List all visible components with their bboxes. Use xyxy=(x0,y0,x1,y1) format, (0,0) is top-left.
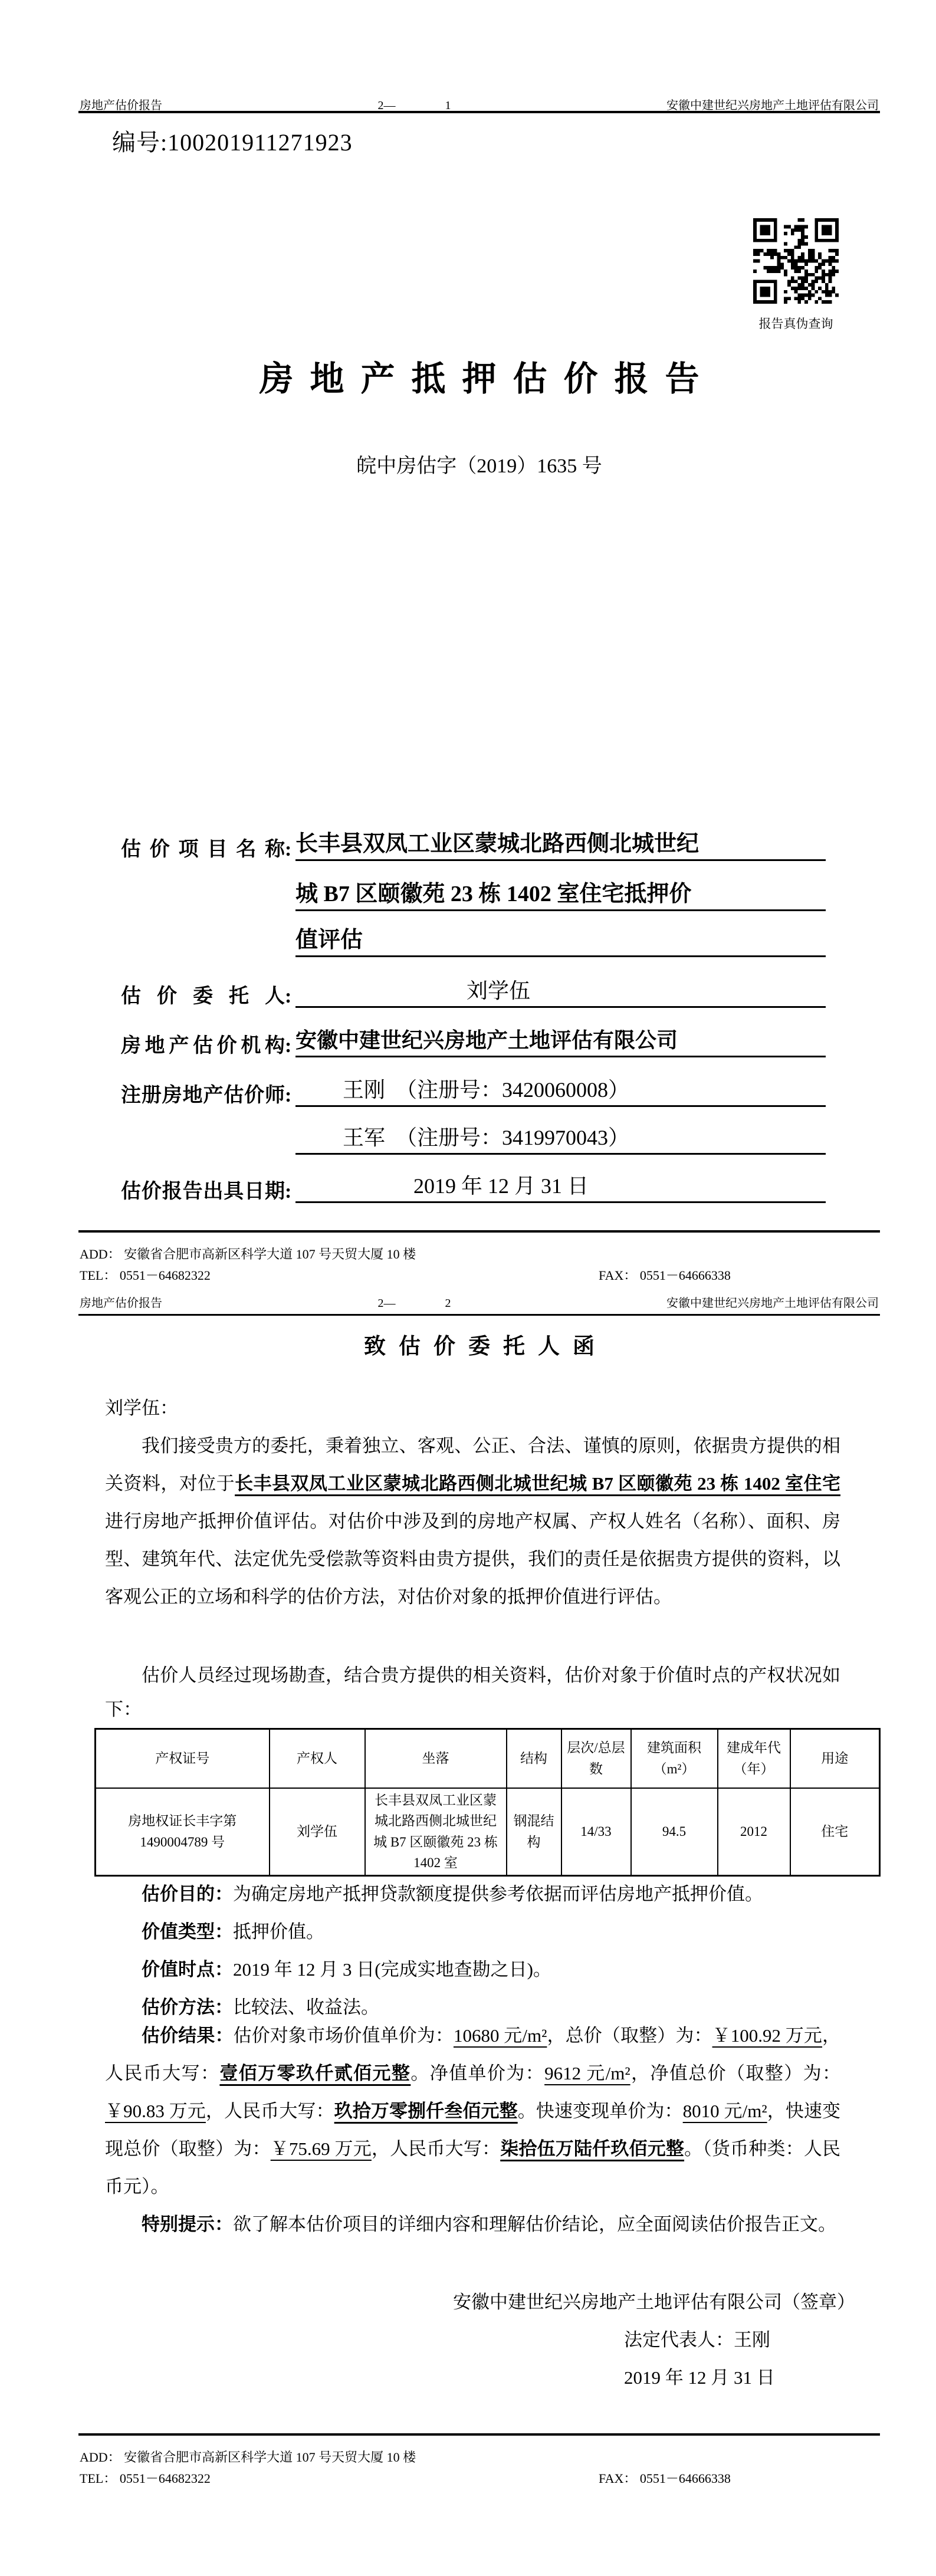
line-value-type: 价值类型：抵押价值。 xyxy=(105,1913,840,1951)
result-seg: ，人民币大写： xyxy=(206,2101,334,2121)
cell-year: 2012 xyxy=(718,1788,790,1876)
field-colon: : xyxy=(285,985,295,1008)
field-label: 估价委托人 xyxy=(121,985,285,1008)
field-agency: 房地产估价机构 : 安徽中建世纪兴房地产土地评估有限公司 xyxy=(121,1026,826,1057)
field-colon: : xyxy=(285,1181,295,1203)
cell-use: 住宅 xyxy=(790,1788,880,1876)
col-year: 建成年代（年） xyxy=(718,1729,790,1788)
signature-legal-rep: 法定代表人：王刚 xyxy=(624,2325,770,2351)
letter-paragraph-1: 我们接受贵方的委托，秉着独立、客观、公正、合法、谨慎的原则，依据贵方提供的相关资… xyxy=(105,1427,840,1616)
note-value: 欲了解本估价项目的详细内容和理解估价结论，应全面阅读估价报告正文。 xyxy=(233,2214,836,2235)
qr-code xyxy=(753,218,839,304)
field-value: 长丰县双凤工业区蒙城北路西侧北城世纪 xyxy=(295,825,826,861)
table-header-row: 产权证号 产权人 坐落 结构 层次/总层数 建筑面积（m²） 建成年代（年） 用… xyxy=(96,1729,880,1788)
result-quick-words: 柒拾伍万陆仟玖佰元整 xyxy=(500,2138,684,2159)
signature-date: 2019 年 12 月 31 日 xyxy=(624,2363,775,2389)
note-label: 特别提示： xyxy=(142,2214,233,2235)
report-number: 编号:100201911271923 xyxy=(112,124,353,157)
property-table: 产权证号 产权人 坐落 结构 层次/总层数 建筑面积（m²） 建成年代（年） 用… xyxy=(94,1728,881,1877)
result-total-words: 壹佰万零玖仟贰佰元整 xyxy=(219,2063,410,2084)
page1-footer-rule xyxy=(78,1230,880,1233)
cell-owner: 刘学伍 xyxy=(270,1788,365,1876)
table-row: 房地权证长丰字第 1490004789 号 刘学伍 长丰县双凤工业区蒙城北路西侧… xyxy=(96,1788,880,1876)
letter-salutation: 刘学伍： xyxy=(105,1393,178,1420)
footer-address: ADD： 安徽省合肥市高新区科学大道 107 号天贸大厦 10 楼 xyxy=(80,2447,416,2466)
cell-cert-no: 房地权证长丰字第 1490004789 号 xyxy=(96,1788,270,1876)
page2-footer-rule xyxy=(78,2433,880,2436)
field-value: 王刚 （注册号：3420060008） xyxy=(295,1073,826,1107)
result-seg: ，净值总价（取整）为： xyxy=(630,2063,840,2084)
result-net-words: 玖拾万零捌仟叁佰元整 xyxy=(334,2101,518,2121)
header-volume: 2— xyxy=(378,1297,396,1310)
col-owner: 产权人 xyxy=(270,1729,365,1788)
method-value: 比较法、收益法。 xyxy=(233,1997,379,2018)
page-subtitle: 皖中房估字（2019）1635 号 xyxy=(80,449,879,478)
result-quick-unit-price: 8010 元/m² xyxy=(683,2101,767,2121)
field-value: 王军 （注册号：3419970043） xyxy=(295,1121,826,1155)
col-location: 坐落 xyxy=(365,1729,507,1788)
result-seg: 。快速变现单价为： xyxy=(518,2101,683,2121)
field-project-name-line2: 城 B7 区颐徽苑 23 栋 1402 室住宅抵押价 xyxy=(121,879,826,911)
method-label: 估价方法： xyxy=(142,1997,233,2018)
col-floor: 层次/总层数 xyxy=(561,1729,631,1788)
result-net-total: ￥90.83 万元 xyxy=(105,2101,206,2121)
field-colon: : xyxy=(285,1085,295,1107)
value-type-value: 抵押价值。 xyxy=(233,1921,324,1942)
value-date-value: 2019 年 12 月 3 日(完成实地查勘之日)。 xyxy=(233,1959,551,1980)
header-page: 2 xyxy=(445,1297,451,1310)
field-value: 城 B7 区颐徽苑 23 栋 1402 室住宅抵押价 xyxy=(295,875,826,911)
purpose-label: 估价目的： xyxy=(142,1884,233,1904)
field-colon: : xyxy=(285,1035,295,1057)
letter-paragraph-2: 估价人员经过现场勘查，结合贵方提供的相关资料，估价对象于价值时点的产权状况如下： xyxy=(105,1658,840,1727)
field-label: 注册房地产估价师 xyxy=(121,1084,285,1107)
purpose-value: 为确定房地产抵押贷款额度提供参考依据而评估房地产抵押价值。 xyxy=(233,1884,763,1904)
para1-subject: 长丰县双凤工业区蒙城北路西侧北城世纪城 B7 区颐徽苑 23 栋 1402 室住… xyxy=(235,1473,840,1494)
field-issue-date: 估价报告出具日期 : 2019 年 12 月 31 日 xyxy=(121,1171,826,1203)
footer-address: ADD： 安徽省合肥市高新区科学大道 107 号天贸大厦 10 楼 xyxy=(80,1244,416,1263)
page1-running-header: 房地产估价报告 2— 1 安徽中建世纪兴房地产土地评估有限公司 xyxy=(80,96,879,113)
cell-structure: 钢混结构 xyxy=(507,1788,561,1876)
field-project-name-line3: 值评估 xyxy=(121,925,826,957)
result-net-unit-price: 9612 元/m² xyxy=(544,2063,630,2084)
line-purpose: 估价目的：为确定房地产抵押贷款额度提供参考依据而评估房地产抵押价值。 xyxy=(105,1875,840,1913)
paragraph-result: 估价结果：估价对象市场价值单价为：10680 元/m²，总价（取整）为：￥100… xyxy=(105,2017,840,2206)
qr-code-image xyxy=(753,218,839,304)
footer-fax: FAX： 0551－64666338 xyxy=(599,2469,731,2487)
cell-area: 94.5 xyxy=(631,1788,718,1876)
result-seg: 估价对象市场价值单价为： xyxy=(234,2025,454,2046)
line-value-date: 价值时点：2019 年 12 月 3 日(完成实地查勘之日)。 xyxy=(105,1951,840,1989)
field-appraiser-1: 注册房地产估价师 : 王刚 （注册号：3420060008） xyxy=(121,1075,826,1107)
col-cert-no: 产权证号 xyxy=(96,1729,270,1788)
footer-tel: TEL： 0551－64682322 xyxy=(80,1266,211,1284)
field-label: 房地产估价机构 xyxy=(121,1034,285,1057)
result-label: 估价结果： xyxy=(142,2025,234,2046)
report-document: 房地产估价报告 2— 1 安徽中建世纪兴房地产土地评估有限公司 编号:10020… xyxy=(0,0,936,2576)
header-doc-type: 房地产估价报告 xyxy=(80,96,162,113)
header-rule xyxy=(78,111,880,113)
header-company: 安徽中建世纪兴房地产土地评估有限公司 xyxy=(666,1293,879,1310)
field-client: 估价委托人 : 刘学伍 xyxy=(121,976,826,1008)
field-colon: : xyxy=(285,839,295,861)
field-value: 值评估 xyxy=(295,921,826,957)
footer-tel: TEL： 0551－64682322 xyxy=(80,2469,211,2487)
cell-floor: 14/33 xyxy=(561,1788,631,1876)
field-label: 估价项目名称 xyxy=(121,838,285,861)
result-seg: ，人民币大写： xyxy=(372,2138,500,2159)
value-date-label: 价值时点： xyxy=(142,1959,233,1980)
field-value: 安徽中建世纪兴房地产土地评估有限公司 xyxy=(295,1024,826,1057)
page-title: 房地产抵押估价报告 xyxy=(80,351,879,400)
page2-header-rule xyxy=(78,1314,880,1316)
field-value: 2019 年 12 月 31 日 xyxy=(295,1169,826,1203)
header-doc-type: 房地产估价报告 xyxy=(80,1293,162,1310)
col-area: 建筑面积（m²） xyxy=(631,1729,718,1788)
field-label: 估价报告出具日期 xyxy=(121,1180,285,1203)
result-seg: ，总价（取整）为： xyxy=(547,2025,712,2046)
header-page-number: 2— 2 xyxy=(378,1297,451,1310)
cell-location: 长丰县双凤工业区蒙城北路西侧北城世纪城 B7 区颐徽苑 23 栋 1402 室 xyxy=(365,1788,507,1876)
footer-fax: FAX： 0551－64666338 xyxy=(599,1266,731,1284)
result-total-price: ￥100.92 万元 xyxy=(712,2025,822,2046)
letter-title: 致估价委托人函 xyxy=(80,1328,879,1360)
field-value: 刘学伍 xyxy=(295,974,826,1008)
col-use: 用途 xyxy=(790,1729,880,1788)
result-quick-total: ￥75.69 万元 xyxy=(271,2138,372,2159)
result-seg: 。净值单价为： xyxy=(410,2063,544,2084)
para1-post: 进行房地产抵押价值评估。对估价中涉及到的房地产权属、产权人姓名（名称）、面积、房… xyxy=(105,1511,840,1607)
qr-caption: 报告真伪查询 xyxy=(744,314,848,332)
col-structure: 结构 xyxy=(507,1729,561,1788)
value-type-label: 价值类型： xyxy=(142,1921,233,1942)
header-company: 安徽中建世纪兴房地产土地评估有限公司 xyxy=(666,96,879,113)
signature-company: 安徽中建世纪兴房地产土地评估有限公司（签章） xyxy=(80,2287,855,2314)
paragraph-note: 特别提示：欲了解本估价项目的详细内容和理解估价结论，应全面阅读估价报告正文。 xyxy=(105,2206,840,2243)
page2-running-header: 房地产估价报告 2— 2 安徽中建世纪兴房地产土地评估有限公司 xyxy=(80,1293,879,1310)
result-unit-price: 10680 元/m² xyxy=(454,2025,547,2046)
field-appraiser-2: 王军 （注册号：3419970043） xyxy=(121,1123,826,1155)
field-project-name-line1: 估价项目名称 : 长丰县双凤工业区蒙城北路西侧北城世纪 xyxy=(121,829,826,861)
